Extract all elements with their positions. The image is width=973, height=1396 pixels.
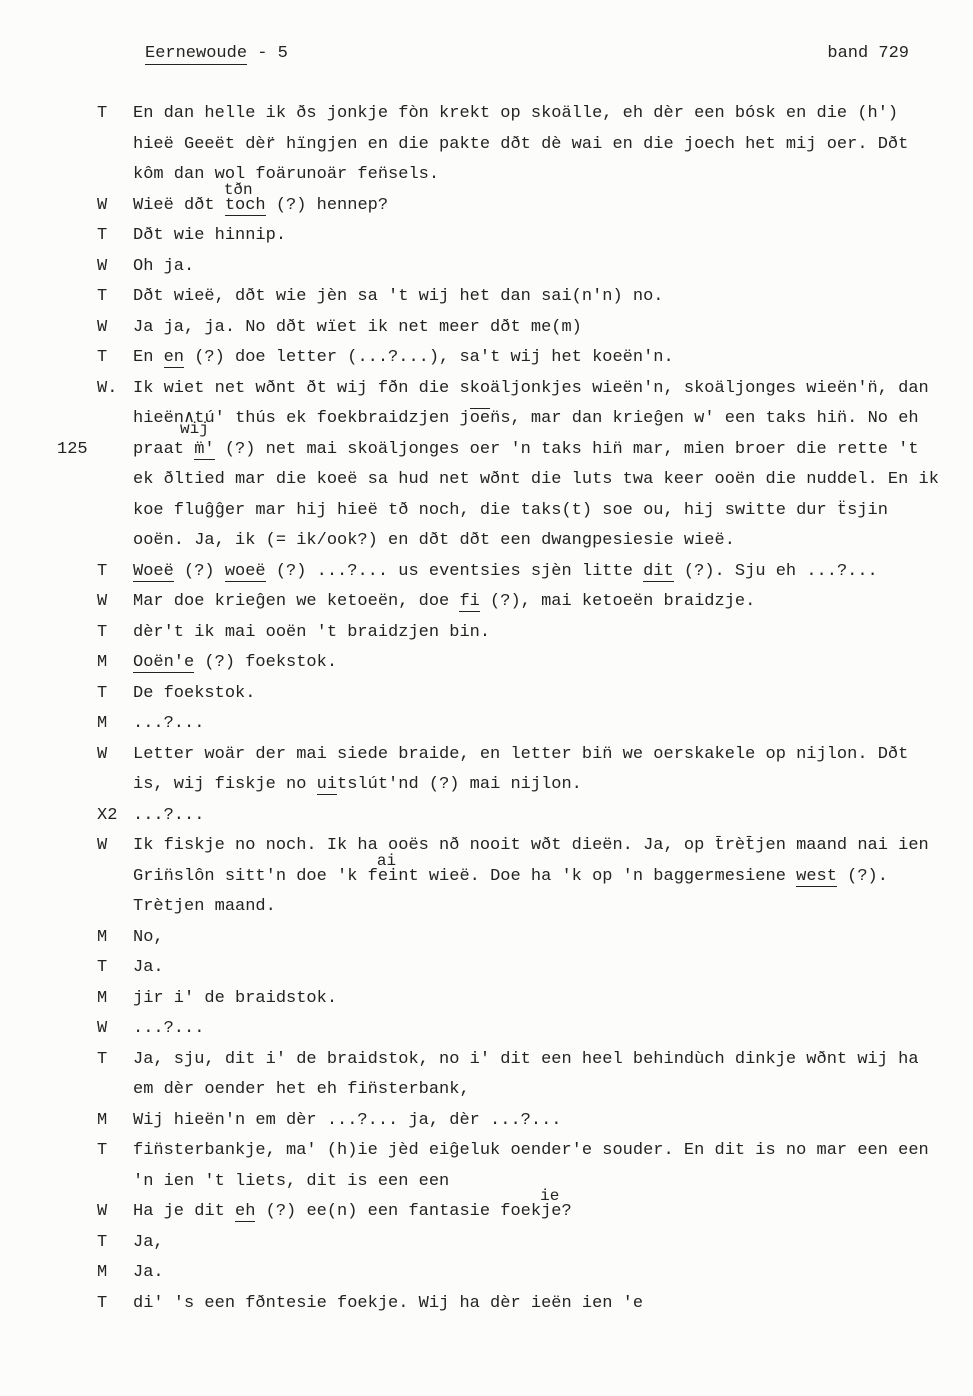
dialogue-line: WWieë dðt tochtðn (?) hennep? — [57, 191, 937, 222]
speaker-label — [97, 496, 133, 527]
speaker-label: W — [97, 191, 133, 222]
speaker-label: W — [97, 1197, 133, 1228]
dialogue-line: TEn dan helle ik ðs jonkje fòn krekt op … — [57, 99, 937, 130]
utterance-text: En dan helle ik ðs jonkje fòn krekt op s… — [133, 99, 937, 130]
dialogue-line: X2...?... — [57, 801, 937, 832]
dialogue-line: kôm dan wol foärunoär fen̈sels. — [57, 160, 937, 191]
margin-number — [57, 374, 97, 405]
dialogue-line: Tdèr't ik mai ooën 't braidzjen bin. — [57, 618, 937, 649]
margin-number — [57, 252, 97, 283]
text-segment: Dðt wie hinnip. — [133, 226, 286, 245]
margin-number — [57, 99, 97, 130]
speaker-label: M — [97, 648, 133, 679]
text-segment: En dan helle ik ðs jonkje fòn krekt op s… — [133, 104, 898, 123]
speaker-label: W — [97, 252, 133, 283]
margin-number — [57, 1106, 97, 1137]
margin-number — [57, 679, 97, 710]
annotated-word: tochtðn — [225, 196, 266, 216]
utterance-text: Wij hieën'n em dèr ...?... ja, dèr ...?.… — [133, 1106, 937, 1137]
margin-number — [57, 1075, 97, 1106]
margin-number — [57, 862, 97, 893]
utterance-text: Ha je dit eh (?) ee(n) een fantasie foek… — [133, 1197, 937, 1228]
dialogue-line: TJa. — [57, 953, 937, 984]
text-segment: ...?... — [133, 806, 204, 825]
utterance-text: ...?... — [133, 709, 937, 740]
text-segment: em dèr oender het eh fin̈sterbank, — [133, 1080, 470, 1099]
margin-number — [57, 1136, 97, 1167]
text-segment: En — [133, 348, 164, 367]
utterance-text: di' 's een fðntesie foekje. Wij ha dèr i… — [133, 1289, 937, 1320]
utterance-text: dèr't ik mai ooën 't braidzjen bin. — [133, 618, 937, 649]
text-segment: west — [796, 867, 837, 887]
text-segment: eh — [235, 1202, 255, 1222]
text-segment: ...?... — [133, 1019, 204, 1038]
margin-number — [57, 1228, 97, 1259]
text-segment: (?). — [837, 867, 888, 886]
text-segment: Letter woär der mai siede braide, en let… — [133, 745, 908, 764]
margin-number — [57, 313, 97, 344]
margin-number — [57, 1258, 97, 1289]
utterance-text: De foekstok. — [133, 679, 937, 710]
speaker-label — [97, 770, 133, 801]
text-segment: Dðt wieë, dðt wie jèn sa 't wij het dan … — [133, 287, 664, 306]
text-segment: woeë — [225, 562, 266, 582]
utterance-text: Mar doe krieĝen we ketoeën, doe fi (?), … — [133, 587, 937, 618]
text-segment: Wij hieën'n em dèr ...?... ja, dèr ...?.… — [133, 1111, 561, 1130]
text-segment: Ik wiet net wðnt ðt wij fðn die skoäljon… — [133, 379, 929, 398]
text-segment: (?) net mai skoäljonges oer 'n taks hin̈… — [215, 440, 919, 459]
utterance-text: jir i' de braidstok. — [133, 984, 937, 1015]
speaker-label — [97, 435, 133, 466]
margin-number — [57, 923, 97, 954]
dialogue-line: W...?... — [57, 1014, 937, 1045]
utterance-text: Ja, — [133, 1228, 937, 1259]
dialogue-line: MNo, — [57, 923, 937, 954]
speaker-label: T — [97, 953, 133, 984]
utterance-text: ...?... — [133, 1014, 937, 1045]
text-segment: Ja. — [133, 1263, 164, 1282]
text-segment: ? — [562, 1202, 572, 1221]
speaker-label — [97, 1075, 133, 1106]
speaker-label: T — [97, 1228, 133, 1259]
speaker-label — [97, 130, 133, 161]
margin-number — [57, 1167, 97, 1198]
dialogue-line: Grin̈slôn sitt'n doe 'k feiaint wieë. Do… — [57, 862, 937, 893]
inline-annotation-above: ie — [540, 1190, 559, 1202]
text-segment: Oh ja. — [133, 257, 194, 276]
text-segment: nt wieë. Doe ha 'k op 'n baggermesiene — [398, 867, 796, 886]
text-segment: (?) hennep? — [266, 196, 388, 215]
utterance-text: En en (?) doe letter (...?...), sa't wij… — [133, 343, 937, 374]
text-segment: Wieë dðt — [133, 196, 225, 215]
text-segment: Trètjen maand. — [133, 897, 276, 916]
text-segment: Ja ja, ja. No dðt wïet ik net meer dðt m… — [133, 318, 582, 337]
speaker-label: T — [97, 221, 133, 252]
text-segment: is, wij fiskje no — [133, 775, 317, 794]
dialogue-line: TWoeë (?) woeë (?) ...?... us eventsies … — [57, 557, 937, 588]
text-segment: ek ðltied mar die koeë sa hud net wðnt d… — [133, 470, 939, 489]
speaker-label: T — [97, 282, 133, 313]
margin-number — [57, 465, 97, 496]
speaker-label: T — [97, 343, 133, 374]
dialogue-line: TDðt wie hinnip. — [57, 221, 937, 252]
utterance-text: 'n ien 't liets, dit is een een — [133, 1167, 937, 1198]
text-segment: kôm dan wol foärunoär fen̈sels. — [133, 165, 439, 184]
utterance-text: hieë Geeët dèr̈ hïngjen en die pakte dðt… — [133, 130, 937, 161]
text-segment: jir i' de braidstok. — [133, 989, 337, 1008]
utterance-text: Letter woär der mai siede braide, en let… — [133, 740, 937, 771]
text-segment: ui — [317, 775, 337, 795]
margin-number — [57, 1289, 97, 1320]
speaker-label: T — [97, 1136, 133, 1167]
dialogue-line: WHa je dit eh (?) ee(n) een fantasie foe… — [57, 1197, 937, 1228]
text-segment: n̈s, mar dan krieĝen w' een taks hin̈. N… — [490, 409, 918, 428]
annotated-word: ∧wij — [184, 407, 194, 428]
text-segment: Ha je dit — [133, 1202, 235, 1221]
text-segment: m̈' — [194, 440, 214, 460]
dialogue-line: hieë Geeët dèr̈ hïngjen en die pakte dðt… — [57, 130, 937, 161]
speaker-label — [97, 1167, 133, 1198]
band-number: band 729 — [827, 42, 909, 66]
text-segment: No, — [133, 928, 164, 947]
document-title: Eernewoude - 5 — [145, 42, 288, 66]
dialogue-transcript: TEn dan helle ik ðs jonkje fòn krekt op … — [57, 99, 937, 1319]
text-segment: hieë Geeët dèr̈ hïngjen en die pakte dðt… — [133, 135, 908, 154]
margin-number — [57, 831, 97, 862]
speaker-label — [97, 404, 133, 435]
speaker-label: W — [97, 313, 133, 344]
dialogue-line: WMar doe krieĝen we ketoeën, doe fi (?),… — [57, 587, 937, 618]
speaker-label: W — [97, 1014, 133, 1045]
dialogue-line: TJa, sju, dit i' de braidstok, no i' dit… — [57, 1045, 937, 1076]
text-segment: (?), mai ketoeën braidzje. — [480, 592, 755, 611]
speaker-label: T — [97, 1045, 133, 1076]
dialogue-line: TEn en (?) doe letter (...?...), sa't wi… — [57, 343, 937, 374]
utterance-text: fin̈sterbankje, ma' (h)ie jèd eiĝeluk oe… — [133, 1136, 937, 1167]
margin-number — [57, 1014, 97, 1045]
margin-number — [57, 587, 97, 618]
inline-annotation-above: tðn — [224, 184, 253, 196]
speaker-label: W. — [97, 374, 133, 405]
text-segment: Ja, — [133, 1233, 164, 1252]
text-segment: dit — [643, 562, 674, 582]
text-segment: Mar doe krieĝen we ketoeën, doe — [133, 592, 459, 611]
text-segment: tú' thús ek foekbraidzjen j — [194, 409, 469, 428]
text-segment: praat — [133, 440, 194, 459]
inline-annotation-above: ai — [377, 855, 396, 867]
dialogue-line: WJa ja, ja. No dðt wïet ik net meer dðt … — [57, 313, 937, 344]
dialogue-line: MOoën'e (?) foekstok. — [57, 648, 937, 679]
text-segment: di' 's een fðntesie foekje. Wij ha dèr i… — [133, 1294, 643, 1313]
speaker-label: W — [97, 831, 133, 862]
margin-number — [57, 404, 97, 435]
margin-number — [57, 160, 97, 191]
dialogue-line: 125praat m̈' (?) net mai skoäljonges oer… — [57, 435, 937, 466]
speaker-label — [97, 160, 133, 191]
utterance-text: Dðt wie hinnip. — [133, 221, 937, 252]
speaker-label — [97, 892, 133, 923]
dialogue-line: Tdi' 's een fðntesie foekje. Wij ha dèr … — [57, 1289, 937, 1320]
utterance-text: Ja, sju, dit i' de braidstok, no i' dit … — [133, 1045, 937, 1076]
utterance-text: praat m̈' (?) net mai skoäljonges oer 'n… — [133, 435, 937, 466]
dialogue-line: WLetter woär der mai siede braide, en le… — [57, 740, 937, 771]
text-segment: en — [164, 348, 184, 368]
utterance-text: em dèr oender het eh fin̈sterbank, — [133, 1075, 937, 1106]
margin-number — [57, 1045, 97, 1076]
utterance-text: ek ðltied mar die koeë sa hud net wðnt d… — [133, 465, 937, 496]
utterance-text: Grin̈slôn sitt'n doe 'k feiaint wieë. Do… — [133, 862, 937, 893]
margin-number — [57, 1197, 97, 1228]
utterance-text: Wieë dðt tochtðn (?) hennep? — [133, 191, 937, 222]
speaker-label: T — [97, 557, 133, 588]
utterance-text: Oh ja. — [133, 252, 937, 283]
dialogue-line: Mjir i' de braidstok. — [57, 984, 937, 1015]
dialogue-line: 'n ien 't liets, dit is een een — [57, 1167, 937, 1198]
text-segment: 'n ien 't liets, dit is een een — [133, 1172, 449, 1191]
utterance-text: Ik wiet net wðnt ðt wij fðn die skoäljon… — [133, 374, 937, 405]
utterance-text: ooën. Ja, ik (= ik/ook?) en dðt dðt een … — [133, 526, 937, 557]
margin-number — [57, 526, 97, 557]
utterance-text: koe fluĝĝer mar hij hieë tð noch, die ta… — [133, 496, 937, 527]
dialogue-line: ooën. Ja, ik (= ik/ook?) en dðt dðt een … — [57, 526, 937, 557]
margin-number — [57, 770, 97, 801]
document-title-word: Eernewoude — [145, 44, 247, 65]
text-segment: (?) — [174, 562, 225, 581]
utterance-text: Ooën'e (?) foekstok. — [133, 648, 937, 679]
margin-number — [57, 953, 97, 984]
dialogue-line: is, wij fiskje no uitslút'nd (?) mai nij… — [57, 770, 937, 801]
margin-number — [57, 801, 97, 832]
speaker-label — [97, 862, 133, 893]
margin-number — [57, 343, 97, 374]
dialogue-line: TJa, — [57, 1228, 937, 1259]
margin-number — [57, 892, 97, 923]
utterance-text: kôm dan wol foärunoär fen̈sels. — [133, 160, 937, 191]
speaker-label: M — [97, 1106, 133, 1137]
dialogue-line: koe fluĝĝer mar hij hieë tð noch, die ta… — [57, 496, 937, 527]
annotated-word: eiai — [378, 867, 398, 886]
text-segment: (?) ...?... us eventsies sjèn litte — [266, 562, 643, 581]
speaker-label: T — [97, 99, 133, 130]
text-segment: (?). Sju eh ...?... — [674, 562, 878, 581]
document-title-suffix: - 5 — [247, 44, 288, 63]
dialogue-line: em dèr oender het eh fin̈sterbank, — [57, 1075, 937, 1106]
dialogue-line: ek ðltied mar die koeë sa hud net wðnt d… — [57, 465, 937, 496]
margin-number — [57, 130, 97, 161]
text-segment: Ja, sju, dit i' de braidstok, no i' dit … — [133, 1050, 919, 1069]
utterance-text: Dðt wieë, dðt wie jèn sa 't wij het dan … — [133, 282, 937, 313]
annotated-word: jeie — [541, 1202, 561, 1221]
text-segment: fi — [459, 592, 479, 612]
dialogue-line: TDðt wieë, dðt wie jèn sa 't wij het dan… — [57, 282, 937, 313]
text-segment: koe fluĝĝer mar hij hieë tð noch, die ta… — [133, 501, 888, 520]
margin-number — [57, 496, 97, 527]
margin-number: 125 — [57, 435, 97, 466]
margin-number — [57, 984, 97, 1015]
text-segment: Ja. — [133, 958, 164, 977]
text-segment: (?) doe letter (...?...), sa't wij het k… — [184, 348, 674, 367]
speaker-label: M — [97, 984, 133, 1015]
dialogue-line: MWij hieën'n em dèr ...?... ja, dèr ...?… — [57, 1106, 937, 1137]
margin-number — [57, 557, 97, 588]
dialogue-line: W.Ik wiet net wðnt ðt wij fðn die skoälj… — [57, 374, 937, 405]
text-segment: oe — [470, 408, 490, 428]
margin-number — [57, 648, 97, 679]
utterance-text: Woeë (?) woeë (?) ...?... us eventsies s… — [133, 557, 937, 588]
page-header: Eernewoude - 5 band 729 — [145, 42, 909, 66]
speaker-label: W — [97, 740, 133, 771]
text-segment: Woeë — [133, 562, 174, 582]
text-segment: (?) foekstok. — [194, 653, 337, 672]
speaker-label — [97, 526, 133, 557]
speaker-label: T — [97, 679, 133, 710]
utterance-text: Ja. — [133, 1258, 937, 1289]
margin-number — [57, 709, 97, 740]
text-segment: ...?... — [133, 714, 204, 733]
utterance-text: Trètjen maand. — [133, 892, 937, 923]
speaker-label: T — [97, 618, 133, 649]
speaker-label: M — [97, 923, 133, 954]
margin-number — [57, 618, 97, 649]
dialogue-line: MJa. — [57, 1258, 937, 1289]
margin-number — [57, 221, 97, 252]
margin-number — [57, 740, 97, 771]
text-segment: dèr't ik mai ooën 't braidzjen bin. — [133, 623, 490, 642]
utterance-text: ...?... — [133, 801, 937, 832]
utterance-text: No, — [133, 923, 937, 954]
dialogue-line: TDe foekstok. — [57, 679, 937, 710]
utterance-text: Ja ja, ja. No dðt wïet ik net meer dðt m… — [133, 313, 937, 344]
text-segment: ooën. Ja, ik (= ik/ook?) en dðt dðt een … — [133, 531, 735, 550]
text-segment: Grin̈slôn sitt'n doe 'k f — [133, 867, 378, 886]
text-segment: De foekstok. — [133, 684, 255, 703]
speaker-label: M — [97, 709, 133, 740]
dialogue-line: Tfin̈sterbankje, ma' (h)ie jèd eiĝeluk o… — [57, 1136, 937, 1167]
speaker-label: M — [97, 1258, 133, 1289]
transcript-page: Eernewoude - 5 band 729 TEn dan helle ik… — [0, 0, 973, 1396]
dialogue-line: hieën∧wijtú' thús ek foekbraidzjen joen̈… — [57, 404, 937, 435]
dialogue-line: Trètjen maand. — [57, 892, 937, 923]
dialogue-line: WIk fiskje no noch. Ik ha ooës nð nooit … — [57, 831, 937, 862]
text-segment: tslút'nd (?) mai nijlon. — [337, 775, 582, 794]
text-segment: fin̈sterbankje, ma' (h)ie jèd eiĝeluk oe… — [133, 1141, 929, 1160]
speaker-label — [97, 465, 133, 496]
inline-annotation-below: wij — [180, 423, 209, 435]
speaker-label: X2 — [97, 801, 133, 832]
dialogue-line: M...?... — [57, 709, 937, 740]
dialogue-line: WOh ja. — [57, 252, 937, 283]
speaker-label: W — [97, 587, 133, 618]
text-segment: hieën — [133, 409, 184, 428]
margin-number — [57, 191, 97, 222]
utterance-text: is, wij fiskje no uitslút'nd (?) mai nij… — [133, 770, 937, 801]
speaker-label: T — [97, 1289, 133, 1320]
text-segment: (?) ee(n) een fantasie foek — [255, 1202, 541, 1221]
text-segment: Ik fiskje no noch. Ik ha ooës nð nooit w… — [133, 836, 929, 855]
text-segment: Ooën'e — [133, 653, 194, 673]
utterance-text: hieën∧wijtú' thús ek foekbraidzjen joen̈… — [133, 404, 937, 435]
utterance-text: Ja. — [133, 953, 937, 984]
margin-number — [57, 282, 97, 313]
utterance-text: Ik fiskje no noch. Ik ha ooës nð nooit w… — [133, 831, 937, 862]
